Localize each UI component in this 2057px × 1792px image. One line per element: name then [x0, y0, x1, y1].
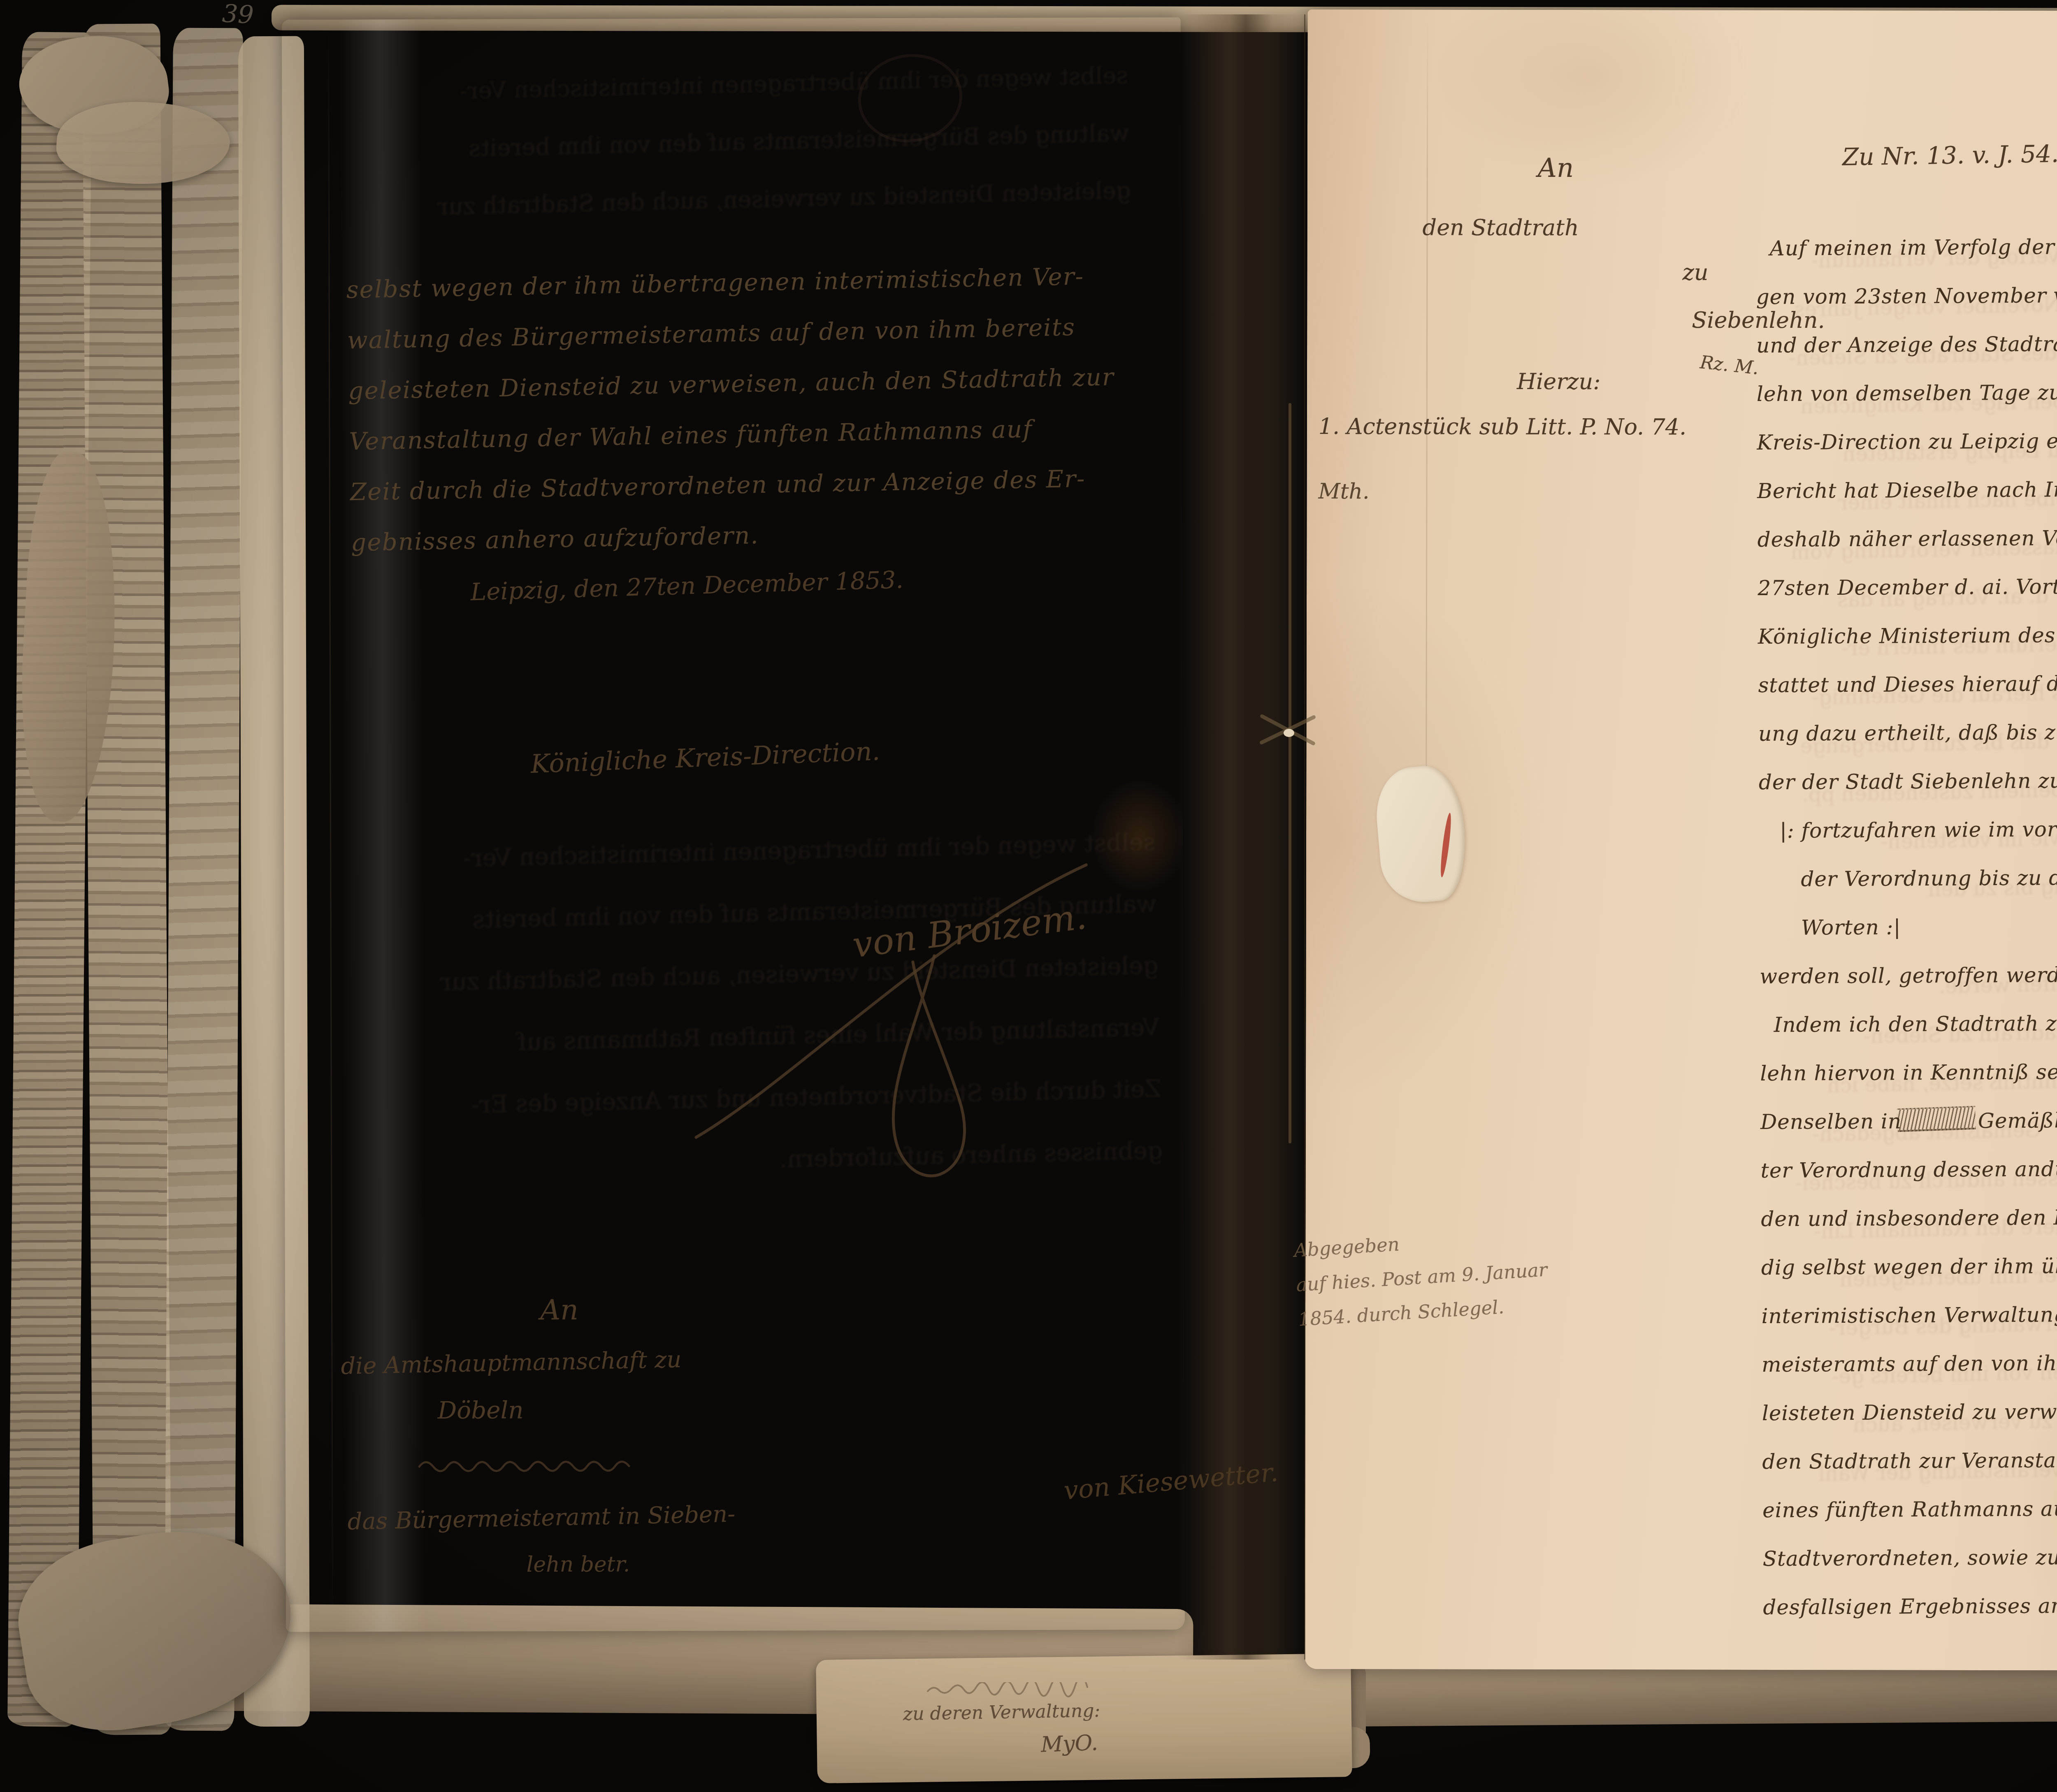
text-line: gen vom 23sten November vorigen Jahres [1756, 270, 2057, 321]
ghost-text: selbst wegen der ihm übertragenen interi… [404, 47, 1132, 241]
illegible-scribble [926, 1682, 1148, 1699]
text-line: Stadtverordneten, sowie zur Anzeige des [1762, 1532, 2057, 1583]
address-line: zu [1682, 260, 1708, 285]
enclosure-item: 1. Actenstück sub Litt. P. No. 74. [1319, 413, 1687, 440]
pencil-mark: 39 [221, 0, 254, 30]
letter-body: Auf meinen im Verfolg der Verhandlun-gen… [1756, 222, 2057, 1632]
text-line: und der Anzeige des Stadtraths zu Sieben… [1756, 319, 2057, 370]
text-line: Kreis-Direction zu Leipzig erstatteten [1757, 416, 2057, 467]
fold-highlight [339, 19, 426, 1632]
text-line: den und insbesondere den Rathmann Lin- [1761, 1192, 2057, 1243]
text-line: der Verordnung bis zu den [1759, 853, 2057, 904]
text-line: interimistischen Verwaltung des Bürger- [1761, 1289, 2057, 1340]
text-line: den Stadtrath zur Veranstaltung der Wahl [1762, 1435, 2057, 1486]
text-line: Königliche Ministerium des Innern er- [1758, 610, 2057, 661]
text-line: lehn von demselben Tage zur Königlichen [1757, 367, 2057, 418]
text-line: Indem ich den Stadtrath zu Sieben- [1760, 998, 2057, 1049]
enclosure-heading: Hierzu: [1517, 369, 1601, 394]
squiggle-divider [417, 1456, 648, 1475]
text-line: dig selbst wegen der ihm übertragenen [1761, 1241, 2057, 1292]
text-line: |: fortzufahren wie im vorstehen- [1759, 804, 2057, 855]
text-line: werden soll, getroffen werde. [1760, 950, 2057, 1001]
text-line: leisteten Diensteid zu verweisen, auch [1762, 1386, 2057, 1437]
subject-line: lehn betr. [527, 1552, 630, 1577]
address-salutation: An [1538, 153, 1574, 183]
binding-thread [1289, 403, 1291, 1143]
text-line: der der Stadt Siebenlehn zustehenden pp. [1758, 756, 2057, 807]
text-line: Bericht hat Dieselbe nach Inhalt einer [1757, 464, 2057, 515]
text-line: 27sten December d. ai. Vortrag an das [1758, 561, 2057, 612]
stack-strip [164, 28, 243, 1731]
crossed-out-word [1897, 1106, 1976, 1132]
address-line: Döbeln [438, 1396, 524, 1424]
text-line: eines fünften Rathmanns auf Zeit durch d… [1762, 1484, 2057, 1535]
slip-note-line: zu deren Verwaltung: [903, 1700, 1100, 1725]
page-edges-stack [7, 20, 318, 1760]
letter-body: selbst wegen der ihm übertragenen interi… [346, 249, 1185, 568]
address-salutation: An [540, 1294, 578, 1326]
text-line: meisteramts auf den von ihm bereits ge- [1762, 1338, 2057, 1389]
left-page: selbst wegen der ihm übertragenen interi… [282, 17, 1185, 1632]
text-line: Worten :| [1759, 901, 2057, 952]
text-line: ter Verordnung dessen andurch zu beschei… [1760, 1144, 2057, 1195]
docket-number: Zu Nr. 13. v. J. 54. [1842, 140, 2057, 171]
torn-patch [1372, 763, 1470, 906]
slip-initials: MyO. [1040, 1731, 1098, 1757]
authority-line: Königliche Kreis-Direction. [530, 736, 881, 779]
stack-strip [7, 32, 92, 1727]
stack-strip [82, 23, 172, 1735]
text-line: lehn hiervon in Kenntniß setze, habe ich [1760, 1047, 2057, 1098]
thread-knot [1284, 729, 1294, 737]
clerk-initials: Mth. [1318, 479, 1369, 504]
text-line: ung dazu ertheilt, daß bis zum Übergange [1758, 707, 2057, 758]
text-line: Auf meinen im Verfolg der Verhandlun- [1756, 222, 2057, 273]
crease-line [328, 20, 333, 1632]
address-line: den Stadtrath [1423, 214, 1579, 241]
fold-line [1304, 14, 1305, 1660]
signature-flourish [671, 832, 1107, 1203]
text-line: desfallsigen Ergebnisses an die Königlic… [1763, 1581, 2057, 1632]
text-line: deshalb näher erlassenen Verordnung vom [1757, 513, 2057, 564]
text-line: stattet und Dieses hierauf die Genehmig- [1758, 658, 2057, 709]
archival-book-scan: zu deren Verwaltung: MyO. selbst wegen d… [0, 0, 2057, 1792]
date-line: Leipzig, den 27ten December 1853. [470, 566, 904, 606]
right-page: Auf meinen im Verfolg der Verhandlun-gen… [1305, 9, 2057, 1671]
dispatch-note: Abgegebenauf hies. Post am 9. Januar1854… [1293, 1218, 1551, 1337]
